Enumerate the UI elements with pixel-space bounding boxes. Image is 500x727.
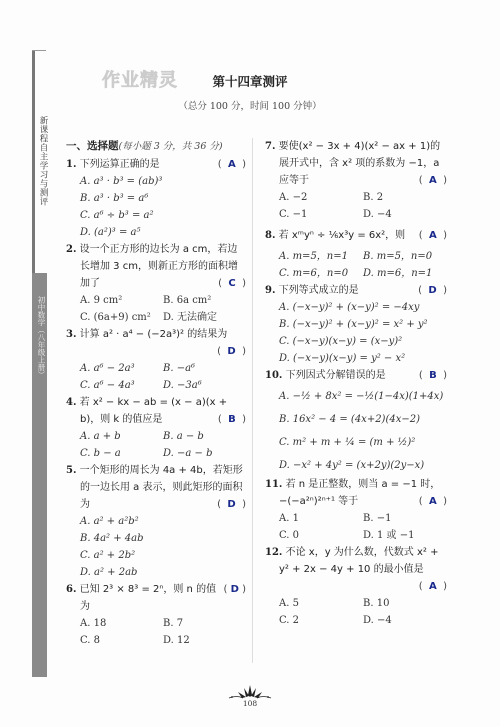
option-b: B. 2 xyxy=(363,189,447,206)
option-d: D. m=6，n=1 xyxy=(363,265,447,282)
option-a: A. −½ + 8x² = −½(1−4x)(1+4x) xyxy=(279,384,447,410)
option-b: B. −a⁶ xyxy=(163,360,246,377)
option-b: B. 16x² − 4 = (4x+2)(4x−2) xyxy=(279,410,447,430)
answer-5: ( D ) xyxy=(217,496,246,513)
question-stem: 不论 x，y 为什么数，代数式 x² + y² + 2x − 4y + 10 的… xyxy=(279,547,438,575)
answer-6: ( D ) xyxy=(224,581,247,598)
option-d: D. 12 xyxy=(163,632,246,649)
question-stem: 下列运算正确的是 xyxy=(80,159,160,170)
question-7: 7. 要使(x² − 3x + 4)(x² − ax + 1)的展开式中，含 x… xyxy=(265,138,447,223)
option-c: C. (6a+9) cm² xyxy=(80,309,163,326)
option-c: C. m² + m + ¼ = (m + ½)² xyxy=(279,430,447,456)
answer-12: ( A ) xyxy=(419,578,447,595)
option-c: C. 0 xyxy=(279,527,363,544)
question-12: 12. 不论 x，y 为什么数，代数式 x² + y² + 2x − 4y + … xyxy=(265,544,447,629)
answer-9: ( D ) xyxy=(418,282,447,299)
answer-4: ( B ) xyxy=(218,411,246,428)
question-1: ( A ) 1. 下列运算正确的是 A. a³ · b³ = (ab)³ B. … xyxy=(66,156,246,241)
question-2: 2. 设一个正方形的边长为 a cm，若边长增加 3 cm，则新正方形的面积增加… xyxy=(66,241,246,326)
answer-2: ( C ) xyxy=(218,275,246,292)
question-9: ( D ) 9. 下列等式成立的是 A. (−x−y)² + (x−y)² = … xyxy=(265,282,447,367)
option-a: A. a + b xyxy=(80,428,163,445)
option-c: C. a² + 2b² xyxy=(80,547,246,564)
option-a: A. −2 xyxy=(279,189,363,206)
question-stem: 下列因式分解错误的是 xyxy=(286,370,386,381)
option-d: D. 1 或 −1 xyxy=(363,527,447,544)
option-c: C. (−x−y)(x−y) = (x−y)² xyxy=(279,333,447,350)
option-b: B. a − b xyxy=(163,428,246,445)
section-heading: 一、选择题(每小题 3 分，共 36 分) xyxy=(66,138,246,155)
option-a: A. 1 xyxy=(279,510,363,527)
option-d: D. 无法确定 xyxy=(163,309,246,326)
option-b: B. m=5，n=0 xyxy=(363,248,447,265)
option-b: B. a³ · b³ = a⁶ xyxy=(80,190,246,207)
option-a: A. m=5，n=1 xyxy=(279,248,363,265)
series-label: 新课程自主学习与测评 xyxy=(36,116,48,206)
question-stem: 已知 2³ × 8³ = 2ⁿ，则 n 的值为 xyxy=(80,584,216,612)
question-11: 11. 若 n 是正整数，则当 a = −1 时，−(−a²ⁿ)²ⁿ⁺¹ 等于 … xyxy=(265,476,447,544)
option-b: B. 4a² + 4ab xyxy=(80,530,246,547)
question-3: 3. 计算 a² · a⁴ − (−2a³)² 的结果为 ( D ) A. a⁶… xyxy=(66,326,246,394)
question-10: ( B ) 10. 下列因式分解错误的是 A. −½ + 8x² = −½(1−… xyxy=(265,367,447,476)
answer-10: ( B ) xyxy=(419,367,447,384)
column-divider xyxy=(252,138,253,663)
answer-8: ( A ) xyxy=(419,227,447,244)
question-5: 5. 一个矩形的周长为 4a + 4b，若矩形的一边长用 a 表示，则此矩形的面… xyxy=(66,462,246,581)
sidebar-top-tick xyxy=(32,50,46,51)
option-b: B. 10 xyxy=(363,595,447,612)
option-d: D. (a²)³ = a⁵ xyxy=(80,224,246,241)
left-column: 一、选择题(每小题 3 分，共 36 分) ( A ) 1. 下列运算正确的是 … xyxy=(66,138,246,649)
option-b: B. (−x−y)² + (x−y)² = x² + y² xyxy=(279,316,447,333)
option-a: A. a⁶ − 2a³ xyxy=(80,360,163,377)
option-d: D. −4 xyxy=(363,612,447,629)
option-a: A. 18 xyxy=(80,615,163,632)
question-6: ( D ) 6. 已知 2³ × 8³ = 2ⁿ，则 n 的值为 A. 18B.… xyxy=(66,581,246,649)
option-a: A. 5 xyxy=(279,595,363,612)
option-c: C. 2 xyxy=(279,612,363,629)
book-label: 初中数学（八年级上册） xyxy=(34,296,46,379)
option-a: A. a³ · b³ = (ab)³ xyxy=(80,173,246,190)
option-d: D. (−x−y)(x−y) = y² − x² xyxy=(279,350,447,367)
option-b: B. 7 xyxy=(163,615,246,632)
page-number: 108 xyxy=(0,699,500,708)
question-8: ( A ) 8. 若 xᵐyⁿ ÷ ⅙x³y = 6x²，则 A. m=5，n=… xyxy=(265,227,447,282)
question-stem: 下列等式成立的是 xyxy=(279,285,359,296)
option-d: D. −3a⁶ xyxy=(163,377,246,394)
right-column: 7. 要使(x² − 3x + 4)(x² − ax + 1)的展开式中，含 x… xyxy=(265,138,447,629)
option-c: C. 8 xyxy=(80,632,163,649)
option-c: C. a⁶ − 4a³ xyxy=(80,377,163,394)
page-title: 第十四章测评 xyxy=(0,72,500,90)
option-a: A. 9 cm² xyxy=(80,292,163,309)
answer-11: ( A ) xyxy=(419,493,447,510)
option-d: D. −x² + 4y² = (x+2y)(2y−x) xyxy=(279,456,447,476)
answer-7: ( A ) xyxy=(419,172,447,189)
answer-1: ( A ) xyxy=(218,156,246,173)
answer-3: ( D ) xyxy=(217,343,246,360)
option-b: B. 6a cm² xyxy=(163,292,246,309)
option-c: C. a⁶ ÷ b³ = a² xyxy=(80,207,246,224)
question-stem: 计算 a² · a⁴ − (−2a³)² 的结果为 xyxy=(80,329,228,340)
option-c: C. m=6，n=0 xyxy=(279,265,363,282)
section-title: 一、选择题 xyxy=(66,140,119,152)
question-stem: 若 xᵐyⁿ ÷ ⅙x³y = 6x²，则 xyxy=(279,230,406,241)
option-d: D. a² + 2ab xyxy=(80,564,246,581)
option-d: D. −a − b xyxy=(163,445,246,462)
option-a: A. a² + a²b² xyxy=(80,513,246,530)
page-subtitle: （总分 100 分，时间 100 分钟） xyxy=(0,98,500,112)
question-4: 4. 若 x² − kx − ab = (x − a)(x + b)，则 k 的… xyxy=(66,394,246,462)
option-c: C. −1 xyxy=(279,206,363,223)
option-a: A. (−x−y)² + (x−y)² = −4xy xyxy=(279,299,447,316)
option-d: D. −4 xyxy=(363,206,447,223)
option-c: C. b − a xyxy=(80,445,163,462)
section-note: (每小题 3 分，共 36 分) xyxy=(119,141,223,152)
option-b: B. −1 xyxy=(363,510,447,527)
